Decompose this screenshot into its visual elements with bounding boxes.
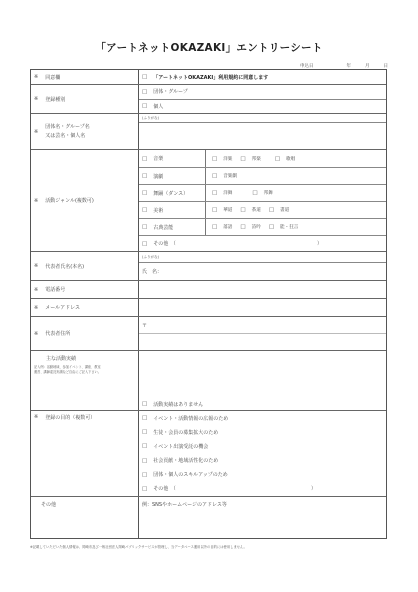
activities-label: 主な活動実績 記入例：活動地域、参加イベント、講座、教室 運営、講師委託実績など…: [31, 351, 139, 410]
checkbox-icon[interactable]: □: [142, 173, 147, 179]
checkbox-icon[interactable]: □: [212, 190, 217, 196]
label-text: 活動ジャンル(複数可): [45, 197, 94, 204]
label-text: 代表者氏名(本名): [45, 263, 84, 270]
genre-label: 美術: [153, 207, 163, 214]
checkbox-icon[interactable]: □: [142, 415, 147, 421]
checkbox-icon[interactable]: □: [142, 443, 147, 449]
consent-label: ※ 同意欄: [31, 70, 139, 84]
genre-other[interactable]: □ その他 （ ）: [139, 235, 386, 251]
row-other: その他 例：SNSやホームページのアドレス等: [31, 496, 386, 538]
consent-checkbox[interactable]: □ 「アートネットOKAZAKI」利用規約に同意します: [139, 70, 386, 84]
option-individual[interactable]: □ 個人: [139, 99, 386, 114]
checkbox-icon[interactable]: □: [142, 486, 147, 492]
genre-art[interactable]: □美術: [139, 202, 206, 218]
name-label: 氏 名：: [142, 268, 162, 275]
option-label: 個人: [153, 103, 163, 110]
purpose-option[interactable]: □生徒・会員の募集拡大のため: [139, 425, 386, 439]
label-text: 代表者住所: [45, 330, 70, 337]
privacy-note: ※記載していただいた個人情報は、岡崎市及び一般社団法人岡崎パブリックサービスが管…: [30, 544, 390, 549]
row-registration-type: ※ 登録種別 □ 団体・グループ □ 個人: [31, 84, 386, 113]
sub-label: 書道: [280, 208, 289, 213]
sub-option[interactable]: □音楽劇: [212, 173, 237, 179]
purpose-option[interactable]: □団体・個人のスキルアップのため: [139, 468, 386, 482]
sub-label: 歌唱: [286, 157, 295, 162]
row-genre: ※ 活動ジャンル(複数可) □音楽 □洋楽 □邦楽 □歌唱 □演劇 □音楽劇 □…: [31, 149, 386, 251]
representative-furigana-field[interactable]: (ふりがな): [139, 252, 386, 262]
genre-row-music: □音楽 □洋楽 □邦楽 □歌唱: [139, 150, 386, 167]
checkbox-icon[interactable]: □: [240, 156, 245, 162]
checkbox-icon[interactable]: □: [142, 241, 147, 247]
required-mark: ※: [34, 305, 38, 311]
row-address: ※ 代表者住所 〒: [31, 316, 386, 350]
purpose-option[interactable]: □イベント出演受託の機会: [139, 439, 386, 453]
checkbox-icon[interactable]: □: [240, 224, 245, 230]
genre-label: 古典芸能: [153, 224, 173, 231]
genre-row-theater: □演劇 □音楽劇: [139, 167, 386, 184]
note-line-1: 記入例：活動地域、参加イベント、講座、教室: [34, 365, 101, 369]
phone-field[interactable]: [139, 281, 386, 298]
purpose-other[interactable]: □ その他 （ ）: [139, 482, 386, 496]
row-representative: ※ 代表者氏名(本名) (ふりがな) 氏 名：: [31, 251, 386, 280]
option-label: 団体・個人のスキルアップのため: [153, 471, 228, 478]
checkbox-icon[interactable]: □: [142, 458, 147, 464]
required-mark: ※: [34, 263, 38, 269]
required-mark: ※: [34, 74, 38, 80]
sub-option[interactable]: □邦楽: [240, 156, 260, 162]
sub-label: 詩吟: [252, 225, 261, 230]
genre-label: 舞踊（ダンス）: [153, 190, 188, 197]
checkbox-icon[interactable]: □: [212, 207, 217, 213]
sub-label: 茶道: [252, 208, 261, 213]
address-field[interactable]: [139, 334, 386, 350]
no-activities-checkbox[interactable]: □ 活動実績はありません: [139, 398, 386, 410]
checkbox-icon[interactable]: □: [275, 156, 280, 162]
representative-label: ※ 代表者氏名(本名): [31, 252, 139, 280]
checkbox-icon[interactable]: □: [142, 74, 147, 80]
checkbox-icon[interactable]: □: [212, 173, 217, 179]
other-field[interactable]: 例：SNSやホームページのアドレス等: [139, 497, 386, 538]
checkbox-icon[interactable]: □: [240, 207, 245, 213]
email-field[interactable]: [139, 299, 386, 316]
email-label: ※ メールアドレス: [31, 299, 139, 316]
other-label: その他 （: [153, 485, 176, 492]
sub-label: 洋舞: [223, 191, 232, 196]
sub-option[interactable]: □華道: [212, 207, 232, 213]
sub-option[interactable]: □洋舞: [212, 190, 232, 196]
genre-theater[interactable]: □演劇: [139, 168, 206, 184]
sub-label: 邦楽: [252, 157, 261, 162]
checkbox-icon[interactable]: □: [142, 429, 147, 435]
genre-label: 演劇: [153, 173, 163, 180]
required-mark: ※: [34, 414, 38, 420]
purpose-option[interactable]: □イベント・活動情報の広報のため: [139, 411, 386, 425]
label-text: メールアドレス: [45, 304, 80, 311]
option-group[interactable]: □ 団体・グループ: [139, 85, 386, 99]
sub-option[interactable]: □歌唱: [275, 156, 295, 162]
org-name-field[interactable]: [139, 122, 386, 149]
page-title: 「アートネットOKAZAKI」エントリーシート: [0, 40, 418, 55]
example-text: 例：SNSやホームページのアドレス等: [142, 501, 227, 508]
label-text: その他: [41, 501, 56, 508]
genre-classical[interactable]: □古典芸能: [139, 219, 206, 235]
option-label: 団体・グループ: [153, 88, 188, 95]
sub-option[interactable]: □邦舞: [252, 190, 272, 196]
checkbox-icon[interactable]: □: [142, 224, 147, 230]
postal-mark: 〒: [142, 322, 147, 329]
label-text: 登録種別: [45, 96, 65, 103]
purpose-option[interactable]: □社会貢献・地域活性化のため: [139, 454, 386, 468]
checkbox-icon[interactable]: □: [212, 224, 217, 230]
checkbox-icon[interactable]: □: [269, 207, 274, 213]
checkbox-icon[interactable]: □: [142, 103, 147, 109]
representative-name-field[interactable]: 氏 名：: [139, 262, 386, 280]
label-text: 電話番号: [45, 286, 65, 293]
sub-label: 音楽劇: [223, 174, 237, 179]
checkbox-icon[interactable]: □: [142, 190, 147, 196]
other-label: その他: [31, 497, 139, 538]
genre-row-art: □美術 □華道 □茶道 □書道: [139, 201, 386, 218]
sub-option[interactable]: □落語: [212, 224, 232, 230]
label-line-1: 団体名・グループ名: [45, 124, 90, 130]
sub-label: 能・狂言: [280, 225, 298, 230]
note-line-2: 運営、講師委託実績など自由にご記入下さい。: [34, 370, 101, 374]
sub-label: 洋楽: [223, 157, 232, 162]
checkbox-icon[interactable]: □: [269, 224, 274, 230]
genre-label: 音楽: [153, 155, 163, 162]
option-label: 活動実績はありません: [153, 401, 203, 408]
checkbox-icon[interactable]: □: [142, 472, 147, 478]
purpose-label: ※ 登録の目的（複数可）: [31, 411, 139, 496]
other-close-paren: ）: [311, 485, 316, 492]
row-org-name: ※ 団体名・グループ名 又は芸名・個人名 (ふりがな): [31, 113, 386, 149]
option-label: イベント出演受託の機会: [153, 443, 208, 450]
sub-option[interactable]: □茶道: [240, 207, 260, 213]
checkbox-icon[interactable]: □: [142, 89, 147, 95]
sub-option[interactable]: □書道: [269, 207, 289, 213]
checkbox-icon[interactable]: □: [142, 401, 147, 407]
genre-music[interactable]: □音楽: [139, 150, 206, 167]
sub-label: 華道: [223, 208, 232, 213]
sub-label: 落語: [223, 225, 232, 230]
label-line-2: 又は芸名・個人名: [45, 133, 85, 139]
org-furigana-field[interactable]: (ふりがな): [139, 114, 386, 122]
org-name-label: ※ 団体名・グループ名 又は芸名・個人名: [31, 114, 139, 149]
genre-label: ※ 活動ジャンル(複数可): [31, 150, 139, 251]
genre-dance[interactable]: □舞踊（ダンス）: [139, 185, 206, 201]
row-activities: 主な活動実績 記入例：活動地域、参加イベント、講座、教室 運営、講師委託実績など…: [31, 350, 386, 410]
label-text: 主な活動実績: [46, 355, 76, 362]
address-label: ※ 代表者住所: [31, 317, 139, 350]
sub-option[interactable]: □洋楽: [212, 156, 232, 162]
required-mark: ※: [34, 96, 38, 102]
entry-form-table: ※ 同意欄 □ 「アートネットOKAZAKI」利用規約に同意します ※ 登録種別…: [30, 69, 387, 539]
postal-code-field[interactable]: 〒: [139, 317, 386, 334]
required-mark: ※: [34, 331, 38, 337]
row-consent: ※ 同意欄 □ 「アートネットOKAZAKI」利用規約に同意します: [31, 70, 386, 84]
sub-option[interactable]: □能・狂言: [269, 224, 299, 230]
checkbox-icon[interactable]: □: [142, 207, 147, 213]
checkbox-icon[interactable]: □: [142, 156, 147, 162]
row-purpose: ※ 登録の目的（複数可） □イベント・活動情報の広報のため □生徒・会員の募集拡…: [31, 410, 386, 496]
required-mark: ※: [34, 198, 38, 204]
checkbox-icon[interactable]: □: [252, 190, 257, 196]
sub-option[interactable]: □詩吟: [240, 224, 260, 230]
required-mark: ※: [34, 287, 38, 293]
label-text: 同意欄: [45, 74, 60, 81]
option-label: 社会貢献・地域活性化のため: [153, 457, 218, 464]
option-label: イベント・活動情報の広報のため: [153, 415, 228, 422]
genre-row-dance: □舞踊（ダンス） □洋舞 □邦舞: [139, 184, 386, 201]
activities-field[interactable]: [139, 351, 386, 398]
required-mark: ※: [34, 129, 38, 135]
sub-label: 邦舞: [264, 191, 273, 196]
checkbox-icon[interactable]: □: [212, 156, 217, 162]
phone-label: ※ 電話番号: [31, 281, 139, 298]
row-email: ※ メールアドレス: [31, 298, 386, 316]
row-phone: ※ 電話番号: [31, 280, 386, 298]
label-text: 登録の目的（複数可）: [45, 414, 95, 421]
consent-text: 「アートネットOKAZAKI」利用規約に同意します: [153, 74, 268, 81]
other-label: その他 （: [153, 240, 176, 247]
option-label: 生徒・会員の募集拡大のため: [153, 429, 218, 436]
registration-type-label: ※ 登録種別: [31, 85, 139, 113]
furigana-label: (ふりがな): [142, 255, 159, 260]
other-close-paren: ）: [317, 240, 322, 247]
genre-row-classical: □古典芸能 □落語 □詩吟 □能・狂言: [139, 218, 386, 235]
furigana-label: (ふりがな): [142, 116, 159, 121]
